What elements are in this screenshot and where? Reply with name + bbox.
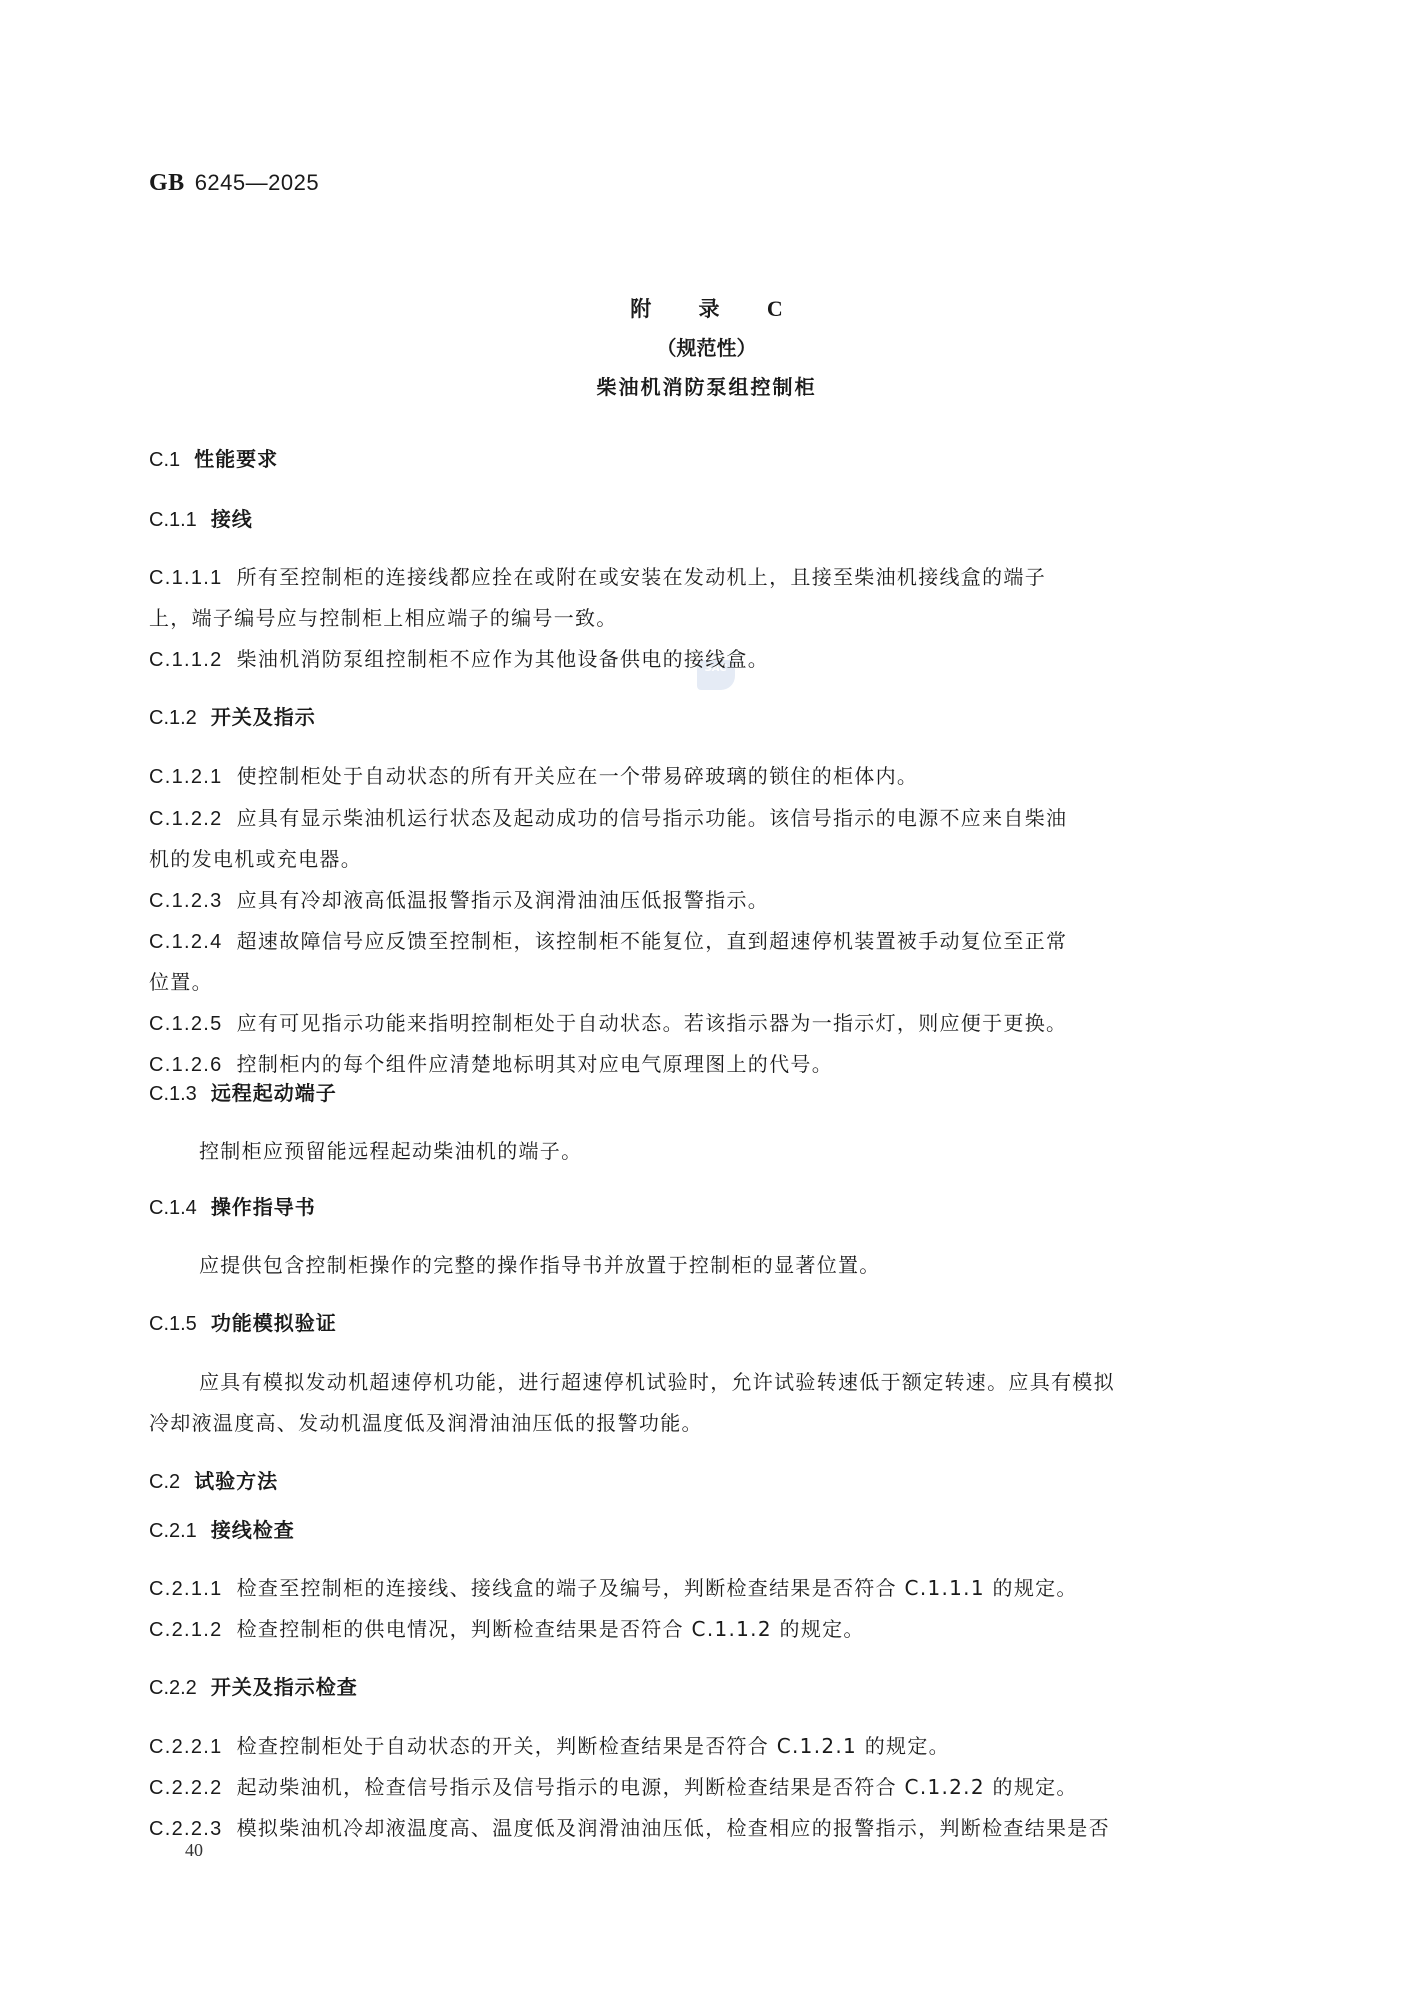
section-heading-c2: C.2试验方法 [149,1467,278,1496]
clause-c2-1-1: C.2.1.1检查至控制柜的连接线、接线盒的端子及编号，判断检查结果是否符合 C… [149,1574,1078,1603]
clause-c1-2-3: C.1.2.3应具有冷却液高低温报警指示及润滑油油压低报警指示。 [149,886,769,915]
annex-name: 柴油机消防泵组控制柜 [0,371,1413,400]
standard-number: 6245—2025 [195,170,319,195]
clause-continuation: 上，端子编号应与控制柜上相应端子的编号一致。 [149,604,618,632]
clause-c1-2-5: C.1.2.5应有可见指示功能来指明控制柜处于自动状态。若该指示器为一指示灯，则… [149,1009,1067,1038]
paragraph-c1-4: 应提供包含控制柜操作的完整的操作指导书并放置于控制柜的显著位置。 [199,1251,881,1279]
annex-letter: C [767,296,783,321]
section-heading-c1-5: C.1.5功能模拟验证 [149,1309,337,1338]
clause-c1-2-4: C.1.2.4超速故障信号应反馈至控制柜，该控制柜不能复位，直到超速停机装置被手… [149,927,1067,956]
section-heading-c1-1: C.1.1接线 [149,505,253,534]
clause-continuation: 机的发电机或充电器。 [149,845,362,873]
annex-type: （规范性） [0,332,1413,361]
paragraph-c1-3: 控制柜应预留能远程起动柴油机的端子。 [199,1137,582,1165]
document-code: GB6245—2025 [149,170,319,197]
clause-c2-2-1: C.2.2.1检查控制柜处于自动状态的开关，判断检查结果是否符合 C.1.2.1… [149,1732,950,1761]
annex-title-word: 附 录 [630,297,739,321]
section-heading-c1-3: C.1.3远程起动端子 [149,1079,337,1108]
clause-continuation: 位置。 [149,968,213,996]
clause-c2-2-2: C.2.2.2起动柴油机，检查信号指示及信号指示的电源，判断检查结果是否符合 C… [149,1773,1078,1802]
section-heading-c1-4: C.1.4操作指导书 [149,1193,316,1222]
page-number: 40 [185,1840,203,1861]
clause-c1-1-2: C.1.1.2柴油机消防泵组控制柜不应作为其他设备供电的接线盒。 [149,645,769,674]
clause-c1-2-6: C.1.2.6控制柜内的每个组件应清楚地标明其对应电气原理图上的代号。 [149,1050,833,1079]
section-heading-c2-1: C.2.1接线检查 [149,1516,295,1545]
section-heading-c1-2: C.1.2开关及指示 [149,703,316,732]
paragraph-continuation: 冷却液温度高、发动机温度低及润滑油油压低的报警功能。 [149,1409,703,1437]
clause-c2-1-2: C.2.1.2检查控制柜的供电情况，判断检查结果是否符合 C.1.1.2 的规定… [149,1615,865,1644]
clause-c1-2-1: C.1.2.1使控制柜处于自动状态的所有开关应在一个带易碎玻璃的锁住的柜体内。 [149,762,918,791]
annex-title: 附 录 C [0,293,1413,323]
section-heading-c1: C.1性能要求 [149,445,278,474]
section-heading-c2-2: C.2.2开关及指示检查 [149,1673,358,1702]
clause-c1-1-1: C.1.1.1所有至控制柜的连接线都应拴在或附在或安装在发动机上，且接至柴油机接… [149,563,1046,592]
paragraph-c1-5: 应具有模拟发动机超速停机功能，进行超速停机试验时，允许试验转速低于额定转速。应具… [199,1368,1115,1396]
clause-c2-2-3: C.2.2.3模拟柴油机冷却液温度高、温度低及润滑油油压低，检查相应的报警指示，… [149,1814,1110,1843]
standard-prefix: GB [149,170,185,196]
clause-c1-2-2: C.1.2.2应具有显示柴油机运行状态及起动成功的信号指示功能。该信号指示的电源… [149,804,1067,833]
